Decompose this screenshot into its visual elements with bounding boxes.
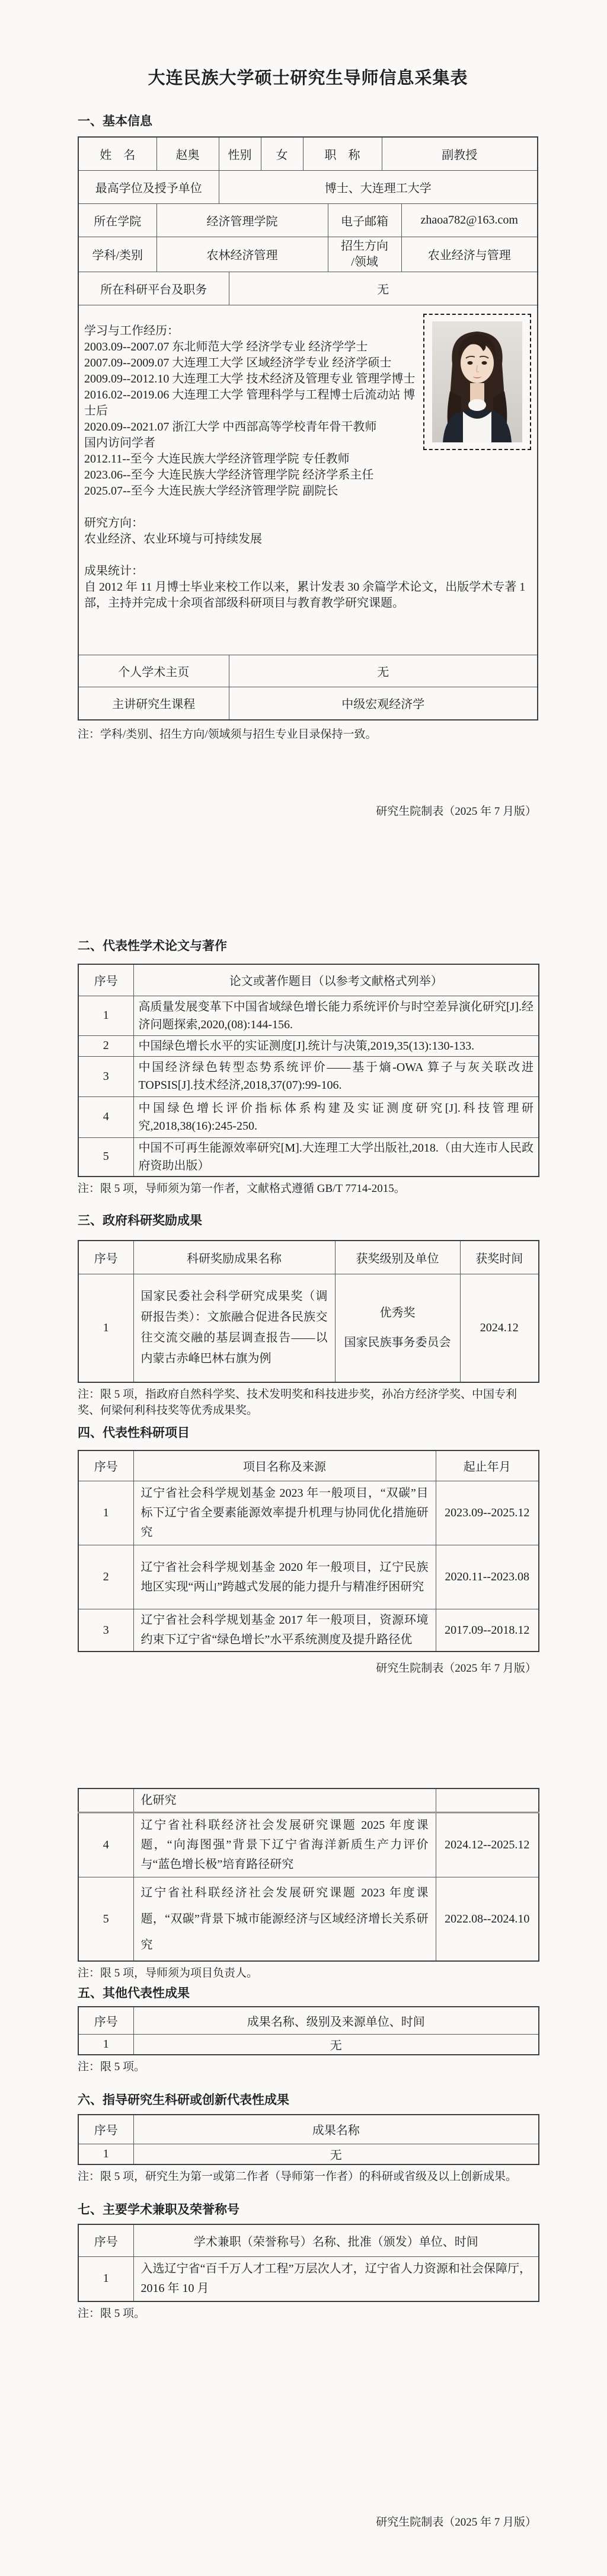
basic-row-bio: 学习与工作经历： 2003.09--2007.07 东北师范大学 经济学专业 经… [78, 305, 538, 655]
page-3: 化研究 4 辽宁省社科联经济社会发展研究课题 2025 年度课题，“向海图强”背… [0, 1717, 607, 2576]
note-papers: 注：限 5 项，导师须为第一作者，文献格式遵循 GB/T 7714-2015。 [78, 1181, 538, 1197]
project-period-empty [436, 1788, 539, 1813]
other-name: 无 [133, 2034, 539, 2055]
award-level: 优秀奖 国家民族事务委员会 [335, 1274, 460, 1382]
email-label: 电子邮箱 [328, 203, 401, 237]
honors-col-name: 学术兼职（荣誉称号）名称、批准（颁发）单位、时间 [133, 2224, 539, 2256]
project-no: 3 [78, 1609, 133, 1652]
basic-row-homepage: 个人学术主页 无 [78, 655, 538, 687]
project-row-continuation: 化研究 [78, 1788, 539, 1813]
paper-no: 5 [78, 1137, 133, 1177]
honors-col-no: 序号 [78, 2224, 133, 2256]
awards-col-time: 获奖时间 [460, 1241, 539, 1274]
papers-table: 序号 论文或著作题目（以参考文献格式列举） 1 高质量发展变革下中国省域绿色增长… [78, 964, 539, 1177]
other-col-no: 序号 [78, 2007, 133, 2034]
paper-row: 3 中国经济绿色转型态势系统评价——基于熵-OWA 算子与灰关联改进 TOPSI… [78, 1056, 539, 1096]
name-value: 赵奥 [156, 137, 219, 170]
other-achievements-table: 序号 成果名称、级别及来源单位、时间 1 无 [78, 2006, 539, 2055]
page-2-content: 二、代表性学术论文与著作 序号 论文或著作题目（以参考文献格式列举） 1 高质量… [78, 939, 538, 1652]
note-basic: 注：学科/类别、招生方向/领域须与招生专业目录保持一致。 [78, 726, 538, 742]
direction-label: 招生方向 /领域 [328, 237, 401, 272]
paper-no: 2 [78, 1035, 133, 1056]
project-period: 2017.09--2018.12 [436, 1609, 539, 1652]
page-2: 二、代表性学术论文与著作 序号 论文或著作题目（以参考文献格式列举） 1 高质量… [0, 859, 607, 1717]
projects-col-name: 项目名称及来源 [133, 1450, 436, 1481]
projects-col-period: 起止年月 [436, 1450, 539, 1481]
discipline-label: 学科/类别 [78, 237, 156, 272]
project-row: 2 辽宁省社会科学规划基金 2020 年一般项目，辽宁民族地区实现“两山”跨越式… [78, 1545, 539, 1609]
paper-no: 1 [78, 996, 133, 1035]
page-2-footer: 研究生院制表（2025 年 7 月版） [240, 1660, 536, 1676]
section-heading-papers: 二、代表性学术论文与著作 [78, 939, 538, 954]
bio-cell: 学习与工作经历： 2003.09--2007.07 东北师范大学 经济学专业 经… [78, 305, 538, 655]
paper-title: 中国不可再生能源效率研究[M].大连理工大学出版社,2018.（由大连市人民政府… [133, 1137, 539, 1177]
paper-row: 4 中国绿色增长评价指标体系构建及实证测度研究[J].科技管理研究,2018,3… [78, 1096, 539, 1137]
project-row: 5 辽宁省社科联经济社会发展研究课题 2023 年度课题，“双碳”背景下城市能源… [78, 1877, 539, 1962]
project-no: 2 [78, 1545, 133, 1609]
project-no: 5 [78, 1877, 133, 1962]
other-no: 1 [78, 2034, 133, 2055]
awards-header-row: 序号 科研奖励成果名称 获奖级别及单位 获奖时间 [78, 1241, 539, 1274]
basic-row-name: 姓 名 赵奥 性别 女 职 称 副教授 [78, 137, 538, 170]
awards-table: 序号 科研奖励成果名称 获奖级别及单位 获奖时间 1 国家民委社会科学研究成果奖… [78, 1240, 539, 1383]
basic-row-degree: 最高学位及授予单位 博士、大连理工大学 [78, 170, 538, 203]
title-label: 职 称 [303, 137, 382, 170]
basic-row-course: 主讲研究生课程 中级宏观经济学 [78, 687, 538, 720]
award-time: 2024.12 [460, 1274, 539, 1382]
note-other: 注：限 5 项。 [78, 2059, 538, 2075]
project-name-continuation: 化研究 [133, 1788, 436, 1813]
paper-row: 2 中国绿色增长水平的实证测度[J].统计与决策,2019,35(13):130… [78, 1035, 539, 1056]
platform-label: 所在科研平台及职务 [78, 272, 229, 305]
paper-title: 中国绿色增长水平的实证测度[J].统计与决策,2019,35(13):130-1… [133, 1035, 539, 1056]
paper-no: 4 [78, 1096, 133, 1137]
project-period: 2024.12--2025.12 [436, 1813, 539, 1877]
basic-row-platform: 所在科研平台及职务 无 [78, 272, 538, 305]
project-period: 2020.11--2023.08 [436, 1545, 539, 1609]
basic-row-college: 所在学院 经济管理学院 电子邮箱 zhaoa782@163.com [78, 203, 538, 237]
portrait-photo [432, 321, 522, 442]
awards-col-name: 科研奖励成果名称 [133, 1241, 335, 1274]
honor-name: 入选辽宁省“百千万人才工程”万层次人才，辽宁省人力资源和社会保障厅，2016 年… [133, 2256, 539, 2301]
section-heading-projects: 四、代表性科研项目 [78, 1426, 538, 1441]
note-student: 注：限 5 项，研究生为第一或第二作者（导师第一作者）的科研或省级及以上创新成果… [78, 2169, 538, 2185]
student-row: 1 无 [78, 2144, 539, 2165]
project-name: 辽宁省社会科学规划基金 2020 年一般项目，辽宁民族地区实现“两山”跨越式发展… [133, 1545, 436, 1609]
honor-row: 1 入选辽宁省“百千万人才工程”万层次人才，辽宁省人力资源和社会保障厅，2016… [78, 2256, 539, 2301]
note-projects: 注：限 5 项，导师须为项目负责人。 [78, 1965, 538, 1981]
basic-info-table: 姓 名 赵奥 性别 女 职 称 副教授 最高学位及授予单位 博士、大连理工大学 … [78, 136, 538, 720]
project-period: 2023.09--2025.12 [436, 1481, 539, 1545]
title-value: 副教授 [382, 137, 538, 170]
awards-col-no: 序号 [78, 1241, 133, 1274]
student-achievements-table: 序号 成果名称 1 无 [78, 2114, 539, 2166]
paper-title: 中国绿色增长评价指标体系构建及实证测度研究[J].科技管理研究,2018,38(… [133, 1096, 539, 1137]
student-header-row: 序号 成果名称 [78, 2115, 539, 2144]
project-row: 4 辽宁省社科联经济社会发展研究课题 2025 年度课题，“向海图强”背景下辽宁… [78, 1813, 539, 1877]
note-awards: 注：限 5 项，指政府自然科学奖、技术发明奖和科技进步奖，孙冶方经济学奖、中国专… [78, 1386, 538, 1418]
project-name: 辽宁省社科联经济社会发展研究课题 2025 年度课题，“向海图强”背景下辽宁省海… [133, 1813, 436, 1877]
document-title: 大连民族大学硕士研究生导师信息采集表 [78, 0, 538, 90]
student-col-no: 序号 [78, 2115, 133, 2144]
projects-table-page2: 序号 项目名称及来源 起止年月 1 辽宁省社会科学规划基金 2023 年一般项目… [78, 1450, 539, 1653]
paper-no: 3 [78, 1056, 133, 1096]
project-name: 辽宁省社会科学规划基金 2017 年一般项目，资源环境约束下辽宁省“绿色增长”水… [133, 1609, 436, 1652]
paper-title: 高质量发展变革下中国省域绿色增长能力系统评价与时空差异演化研究[J].经济问题探… [133, 996, 539, 1035]
page-3-footer: 研究生院制表（2025 年 7 月版） [240, 2514, 536, 2530]
college-label: 所在学院 [78, 203, 156, 237]
project-no: 4 [78, 1813, 133, 1877]
note-honors: 注：限 5 项。 [78, 2306, 538, 2322]
project-name: 辽宁省社会科学规划基金 2023 年一般项目，“双碳”目标下辽宁省全要素能源效率… [133, 1481, 436, 1545]
college-value: 经济管理学院 [156, 203, 328, 237]
project-name: 辽宁省社科联经济社会发展研究课题 2023 年度课题，“双碳”背景下城市能源经济… [133, 1877, 436, 1962]
project-row: 3 辽宁省社会科学规划基金 2017 年一般项目，资源环境约束下辽宁省“绿色增长… [78, 1609, 539, 1652]
student-name: 无 [133, 2144, 539, 2165]
email-value: zhaoa782@163.com [401, 203, 538, 237]
section-heading-awards: 三、政府科研奖励成果 [78, 1213, 538, 1229]
homepage-label: 个人学术主页 [78, 655, 229, 687]
paper-title: 中国经济绿色转型态势系统评价——基于熵-OWA 算子与灰关联改进 TOPSIS[… [133, 1056, 539, 1096]
student-no: 1 [78, 2144, 133, 2165]
page-1-content: 大连民族大学硕士研究生导师信息采集表 一、基本信息 姓 名 赵奥 性别 女 职 … [78, 0, 538, 742]
award-name: 国家民委社会科学研究成果奖（调研报告类）：文旅融合促进各民族交往交流交融的基层调… [133, 1274, 335, 1382]
page-1-footer: 研究生院制表（2025 年 7 月版） [240, 804, 536, 820]
project-period: 2022.08--2024.10 [436, 1877, 539, 1962]
course-value: 中级宏观经济学 [229, 687, 538, 720]
award-row: 1 国家民委社会科学研究成果奖（调研报告类）：文旅融合促进各民族交往交流交融的基… [78, 1274, 539, 1382]
student-col-name: 成果名称 [133, 2115, 539, 2144]
section-heading-student: 六、指导研究生科研或创新代表性成果 [78, 2093, 538, 2108]
basic-row-discipline: 学科/类别 农林经济管理 招生方向 /领域 农业经济与管理 [78, 237, 538, 272]
paper-row: 1 高质量发展变革下中国省域绿色增长能力系统评价与时空差异演化研究[J].经济问… [78, 996, 539, 1035]
gender-label: 性别 [219, 137, 261, 170]
course-label: 主讲研究生课程 [78, 687, 229, 720]
project-no-empty [78, 1788, 133, 1813]
honors-header-row: 序号 学术兼职（荣誉称号）名称、批准（颁发）单位、时间 [78, 2224, 539, 2256]
awards-col-level: 获奖级别及单位 [335, 1241, 460, 1274]
projects-table-page3: 化研究 4 辽宁省社科联经济社会发展研究课题 2025 年度课题，“向海图强”背… [78, 1788, 539, 1962]
projects-header-row: 序号 项目名称及来源 起止年月 [78, 1450, 539, 1481]
section-heading-honors: 七、主要学术兼职及荣誉称号 [78, 2202, 538, 2218]
project-row: 1 辽宁省社会科学规划基金 2023 年一般项目，“双碳”目标下辽宁省全要素能源… [78, 1481, 539, 1545]
award-no: 1 [78, 1274, 133, 1382]
platform-value: 无 [229, 272, 538, 305]
honors-table: 序号 学术兼职（荣誉称号）名称、批准（颁发）单位、时间 1 入选辽宁省“百千万人… [78, 2224, 539, 2302]
other-header-row: 序号 成果名称、级别及来源单位、时间 [78, 2007, 539, 2034]
section-heading-other: 五、其他代表性成果 [78, 1986, 538, 2001]
discipline-value: 农林经济管理 [156, 237, 328, 272]
direction-value: 农业经济与管理 [401, 237, 538, 272]
paper-row: 5 中国不可再生能源效率研究[M].大连理工大学出版社,2018.（由大连市人民… [78, 1137, 539, 1177]
papers-col-title: 论文或著作题目（以参考文献格式列举） [133, 964, 539, 996]
project-no: 1 [78, 1481, 133, 1545]
portrait-photo-frame [423, 314, 531, 450]
section-heading-basic-info: 一、基本信息 [78, 114, 538, 129]
degree-label: 最高学位及授予单位 [78, 170, 219, 203]
other-col-name: 成果名称、级别及来源单位、时间 [133, 2007, 539, 2034]
papers-col-no: 序号 [78, 964, 133, 996]
homepage-value: 无 [229, 655, 538, 687]
gender-value: 女 [261, 137, 303, 170]
honor-no: 1 [78, 2256, 133, 2301]
page-3-content: 化研究 4 辽宁省社科联经济社会发展研究课题 2025 年度课题，“向海图强”背… [78, 1788, 538, 2322]
papers-header-row: 序号 论文或著作题目（以参考文献格式列举） [78, 964, 539, 996]
projects-col-no: 序号 [78, 1450, 133, 1481]
degree-value: 博士、大连理工大学 [219, 170, 538, 203]
other-row: 1 无 [78, 2034, 539, 2055]
page-1: 大连民族大学硕士研究生导师信息采集表 一、基本信息 姓 名 赵奥 性别 女 职 … [0, 0, 607, 859]
name-label: 姓 名 [78, 137, 156, 170]
